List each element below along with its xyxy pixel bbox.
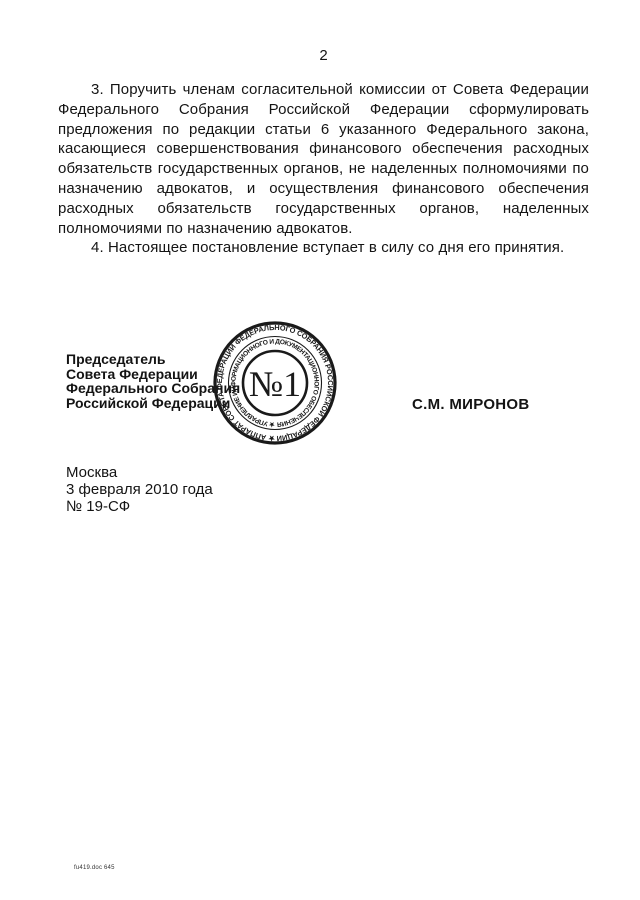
stamp-number-text: №1 — [249, 364, 301, 404]
official-round-stamp-icon: ★ АППАРАТ СОВЕТА ФЕДЕРАЦИИ ФЕДЕРАЛЬНОГО … — [204, 312, 346, 454]
paragraph-4: 4. Настоящее постановление вступает в си… — [58, 238, 589, 258]
issuance-block: Москва 3 февраля 2010 года № 19-СФ — [66, 465, 213, 515]
paragraph-3: 3. Поручить членам согласительной комисс… — [58, 80, 589, 238]
document-page: 2 3. Поручить членам согласительной коми… — [0, 0, 640, 900]
resolution-body: 3. Поручить членам согласительной комисс… — [58, 80, 589, 258]
signature-name: С.М. МИРОНОВ — [412, 396, 530, 413]
page-number: 2 — [58, 47, 589, 65]
footer-file-note: fu419.doc 645 — [74, 864, 115, 872]
